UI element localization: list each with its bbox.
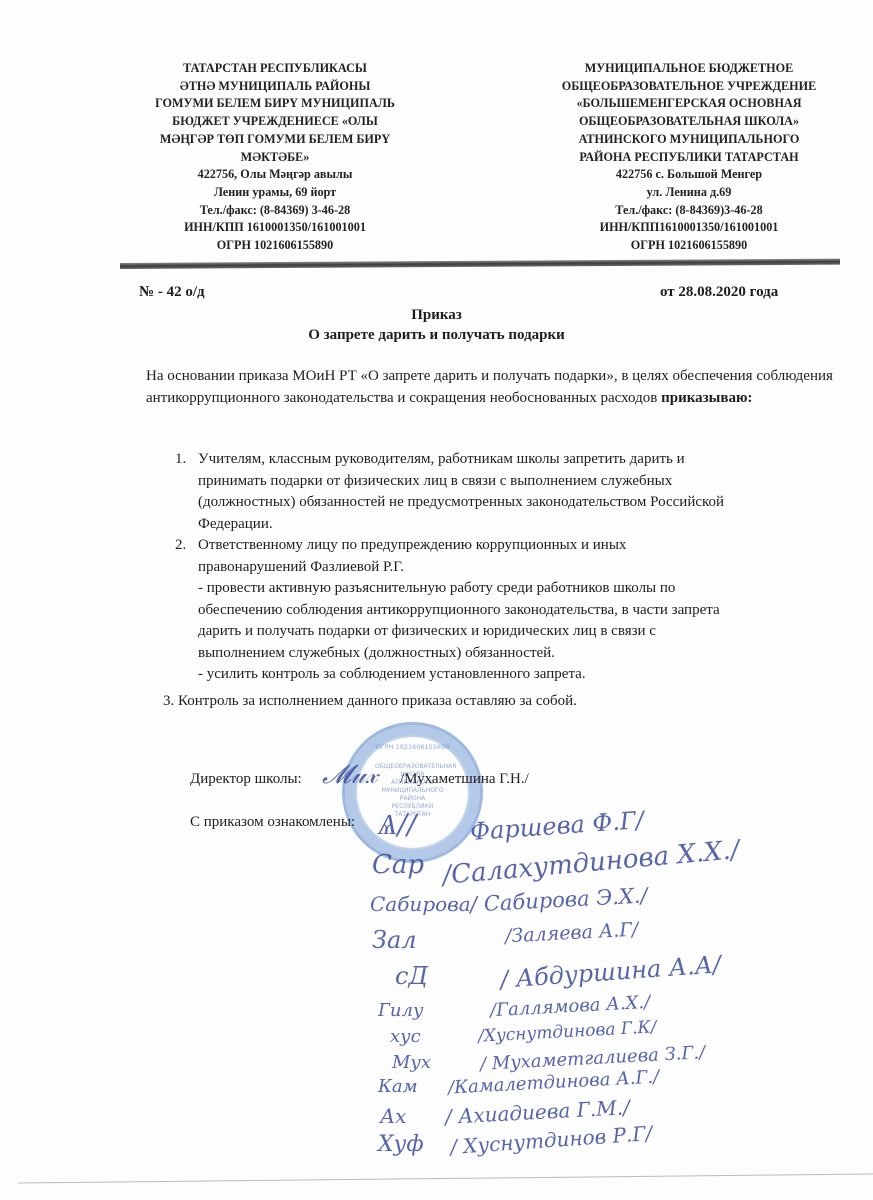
header-right-line: Тел./факс: (8-84369)3-46-28 [538, 202, 840, 220]
sig-name: / Абдуршина А.А/ [499, 950, 721, 993]
order-item-2: 2. Ответственному лицу по предупреждению… [163, 535, 843, 686]
header-right-line: ОБЩЕОБРАЗОВАТЕЛЬНАЯ ШКОЛА» [538, 113, 840, 131]
sig-initials: Зал [372, 926, 417, 954]
header-right-line: РАЙОНА РЕСПУБЛИКИ ТАТАРСТАН [538, 149, 840, 167]
sig-initials: Сабирова [370, 892, 471, 916]
header-right-line: ул. Ленина д.69 [538, 184, 840, 202]
sig-initials: Гилу [378, 1000, 423, 1021]
director-label: Директор школы: [190, 771, 302, 788]
document-page: ТАТАРСТАН РЕСПУБЛИКАСЫ ӘТНӘ МУНИЦИПАЛЬ Р… [0, 0, 873, 1200]
item-line: дарить и получать подарки от физических … [198, 621, 843, 643]
sig-initials: Мух [392, 1052, 431, 1073]
header-left-line: БЮДЖЕТ УЧРЕЖДЕНИЕСЕ «ОЛЫ [125, 113, 425, 131]
item-line: - усилить контроль за соблюдением устано… [198, 664, 843, 686]
sig-name: /Галлямова А.Х./ [490, 992, 651, 1021]
sig-initials: Хуф [378, 1132, 424, 1157]
sig-initials: Ѧ// [378, 808, 416, 842]
director-signature: 𝓜𝓊𝓍 [322, 760, 378, 791]
sig-initials: хус [390, 1026, 421, 1047]
stamp-ogrn: ОГРН 1021606155890 [370, 743, 455, 751]
sig-name: /Камалетдинова А.Г./ [448, 1066, 660, 1098]
order-date: от 28.08.2020 года [660, 284, 778, 301]
preamble-bold: приказываю: [661, 390, 752, 406]
scan-edge-line [18, 1174, 873, 1184]
header-left-line: ТАТАРСТАН РЕСПУБЛИКАСЫ [125, 60, 425, 78]
item-marker: 2. [175, 535, 186, 557]
sig-initials: Ах [380, 1104, 406, 1128]
header-right-line: «БОЛЬШЕМЕНГЕРСКАЯ ОСНОВНАЯ [538, 95, 840, 113]
header-left-tatar: ТАТАРСТАН РЕСПУБЛИКАСЫ ӘТНӘ МУНИЦИПАЛЬ Р… [125, 60, 425, 255]
item-line: принимать подарки от физических лиц в св… [198, 471, 843, 493]
header-left-line: Ленин урамы, 69 йорт [125, 184, 425, 202]
header-divider [120, 259, 840, 269]
header-right-line: 422756 с. Большой Менгер [538, 166, 840, 184]
order-item-3: 3. Контроль за исполнением данного прика… [163, 693, 577, 710]
header-left-line: МӘКТӘБЕ» [125, 149, 425, 167]
header-right-russian: МУНИЦИПАЛЬНОЕ БЮДЖЕТНОЕ ОБЩЕОБРАЗОВАТЕЛЬ… [538, 60, 840, 255]
order-items: 1. Учителям, классным руководителям, раб… [163, 449, 843, 686]
item-line: (должностных) обязанностей не предусмотр… [198, 492, 843, 514]
sig-initials: сД [395, 962, 428, 990]
sig-name: Фаршева Ф.Г/ [469, 806, 644, 846]
item-line: Ответственному лицу по предупреждению ко… [198, 535, 843, 557]
item-line: Учителям, классным руководителям, работн… [198, 449, 843, 471]
order-title-block: Приказ О запрете дарить и получать подар… [0, 305, 873, 345]
director-name: /Мухаметшина Г.Н./ [400, 771, 529, 788]
sig-initials: Кам [378, 1076, 418, 1097]
header-right-line: МУНИЦИПАЛЬНОЕ БЮДЖЕТНОЕ [538, 60, 840, 78]
sig-name: /Заляева А.Г/ [505, 919, 639, 948]
order-item-1: 1. Учителям, классным руководителям, раб… [163, 449, 843, 535]
order-subtitle: О запрете дарить и получать подарки [0, 325, 873, 345]
header-right-line: ИНН/КПП1610001350/161001001 [538, 219, 840, 237]
preamble: На основании приказа МОиН РТ «О запрете … [146, 366, 836, 409]
sig-name: / Сабирова Э.Х./ [469, 883, 648, 916]
item-line: выполнением служебных (должностных) обяз… [198, 643, 843, 665]
header-left-line: 422756, Олы Мәңгәр авылы [125, 166, 425, 184]
item-marker: 1. [175, 449, 186, 471]
item-line: правонарушений Фазлиевой Р.Г. [198, 557, 843, 579]
header-left-line: МӘҢГӘР ТӨП ГОМУМИ БЕЛЕМ БИРҮ [125, 131, 425, 149]
header-left-line: Тел./факс: (8-84369) 3-46-28 [125, 202, 425, 220]
header-right-line: ОГРН 1021606155890 [538, 237, 840, 255]
header-left-line: ГОМУМИ БЕЛЕМ БИРҮ МУНИЦИПАЛЬ [125, 95, 425, 113]
header-right-line: АТНИНСКОГО МУНИЦИПАЛЬНОГО [538, 131, 840, 149]
header-left-line: ӘТНӘ МУНИЦИПАЛЬ РАЙОНЫ [125, 78, 425, 96]
stamp-line: ОБЩЕОБРАЗОВАТЕЛЬНАЯ [375, 763, 450, 771]
acknowledged-label: С приказом ознакомлены: [190, 814, 355, 831]
stamp-line: МУНИЦИПАЛЬНОГО [375, 787, 450, 795]
header-left-line: ИНН/КПП 1610001350/161001001 [125, 219, 425, 237]
sig-name: /Хуснутдинова Г.К/ [478, 1017, 657, 1046]
sig-initials: Сар [372, 850, 424, 880]
order-number: № - 42 о/д [139, 284, 205, 301]
header-right-line: ОБЩЕОБРАЗОВАТЕЛЬНОЕ УЧРЕЖДЕНИЕ [538, 78, 840, 96]
stamp-line: РАЙОНА [375, 795, 450, 803]
header-left-line: ОГРН 1021606155890 [125, 237, 425, 255]
item-line: обеспечению соблюдения антикоррупционног… [198, 600, 843, 622]
item-line: - провести активную разъяснительную рабо… [198, 578, 843, 600]
order-title: Приказ [0, 305, 873, 325]
item-line: Федерации. [198, 514, 843, 536]
